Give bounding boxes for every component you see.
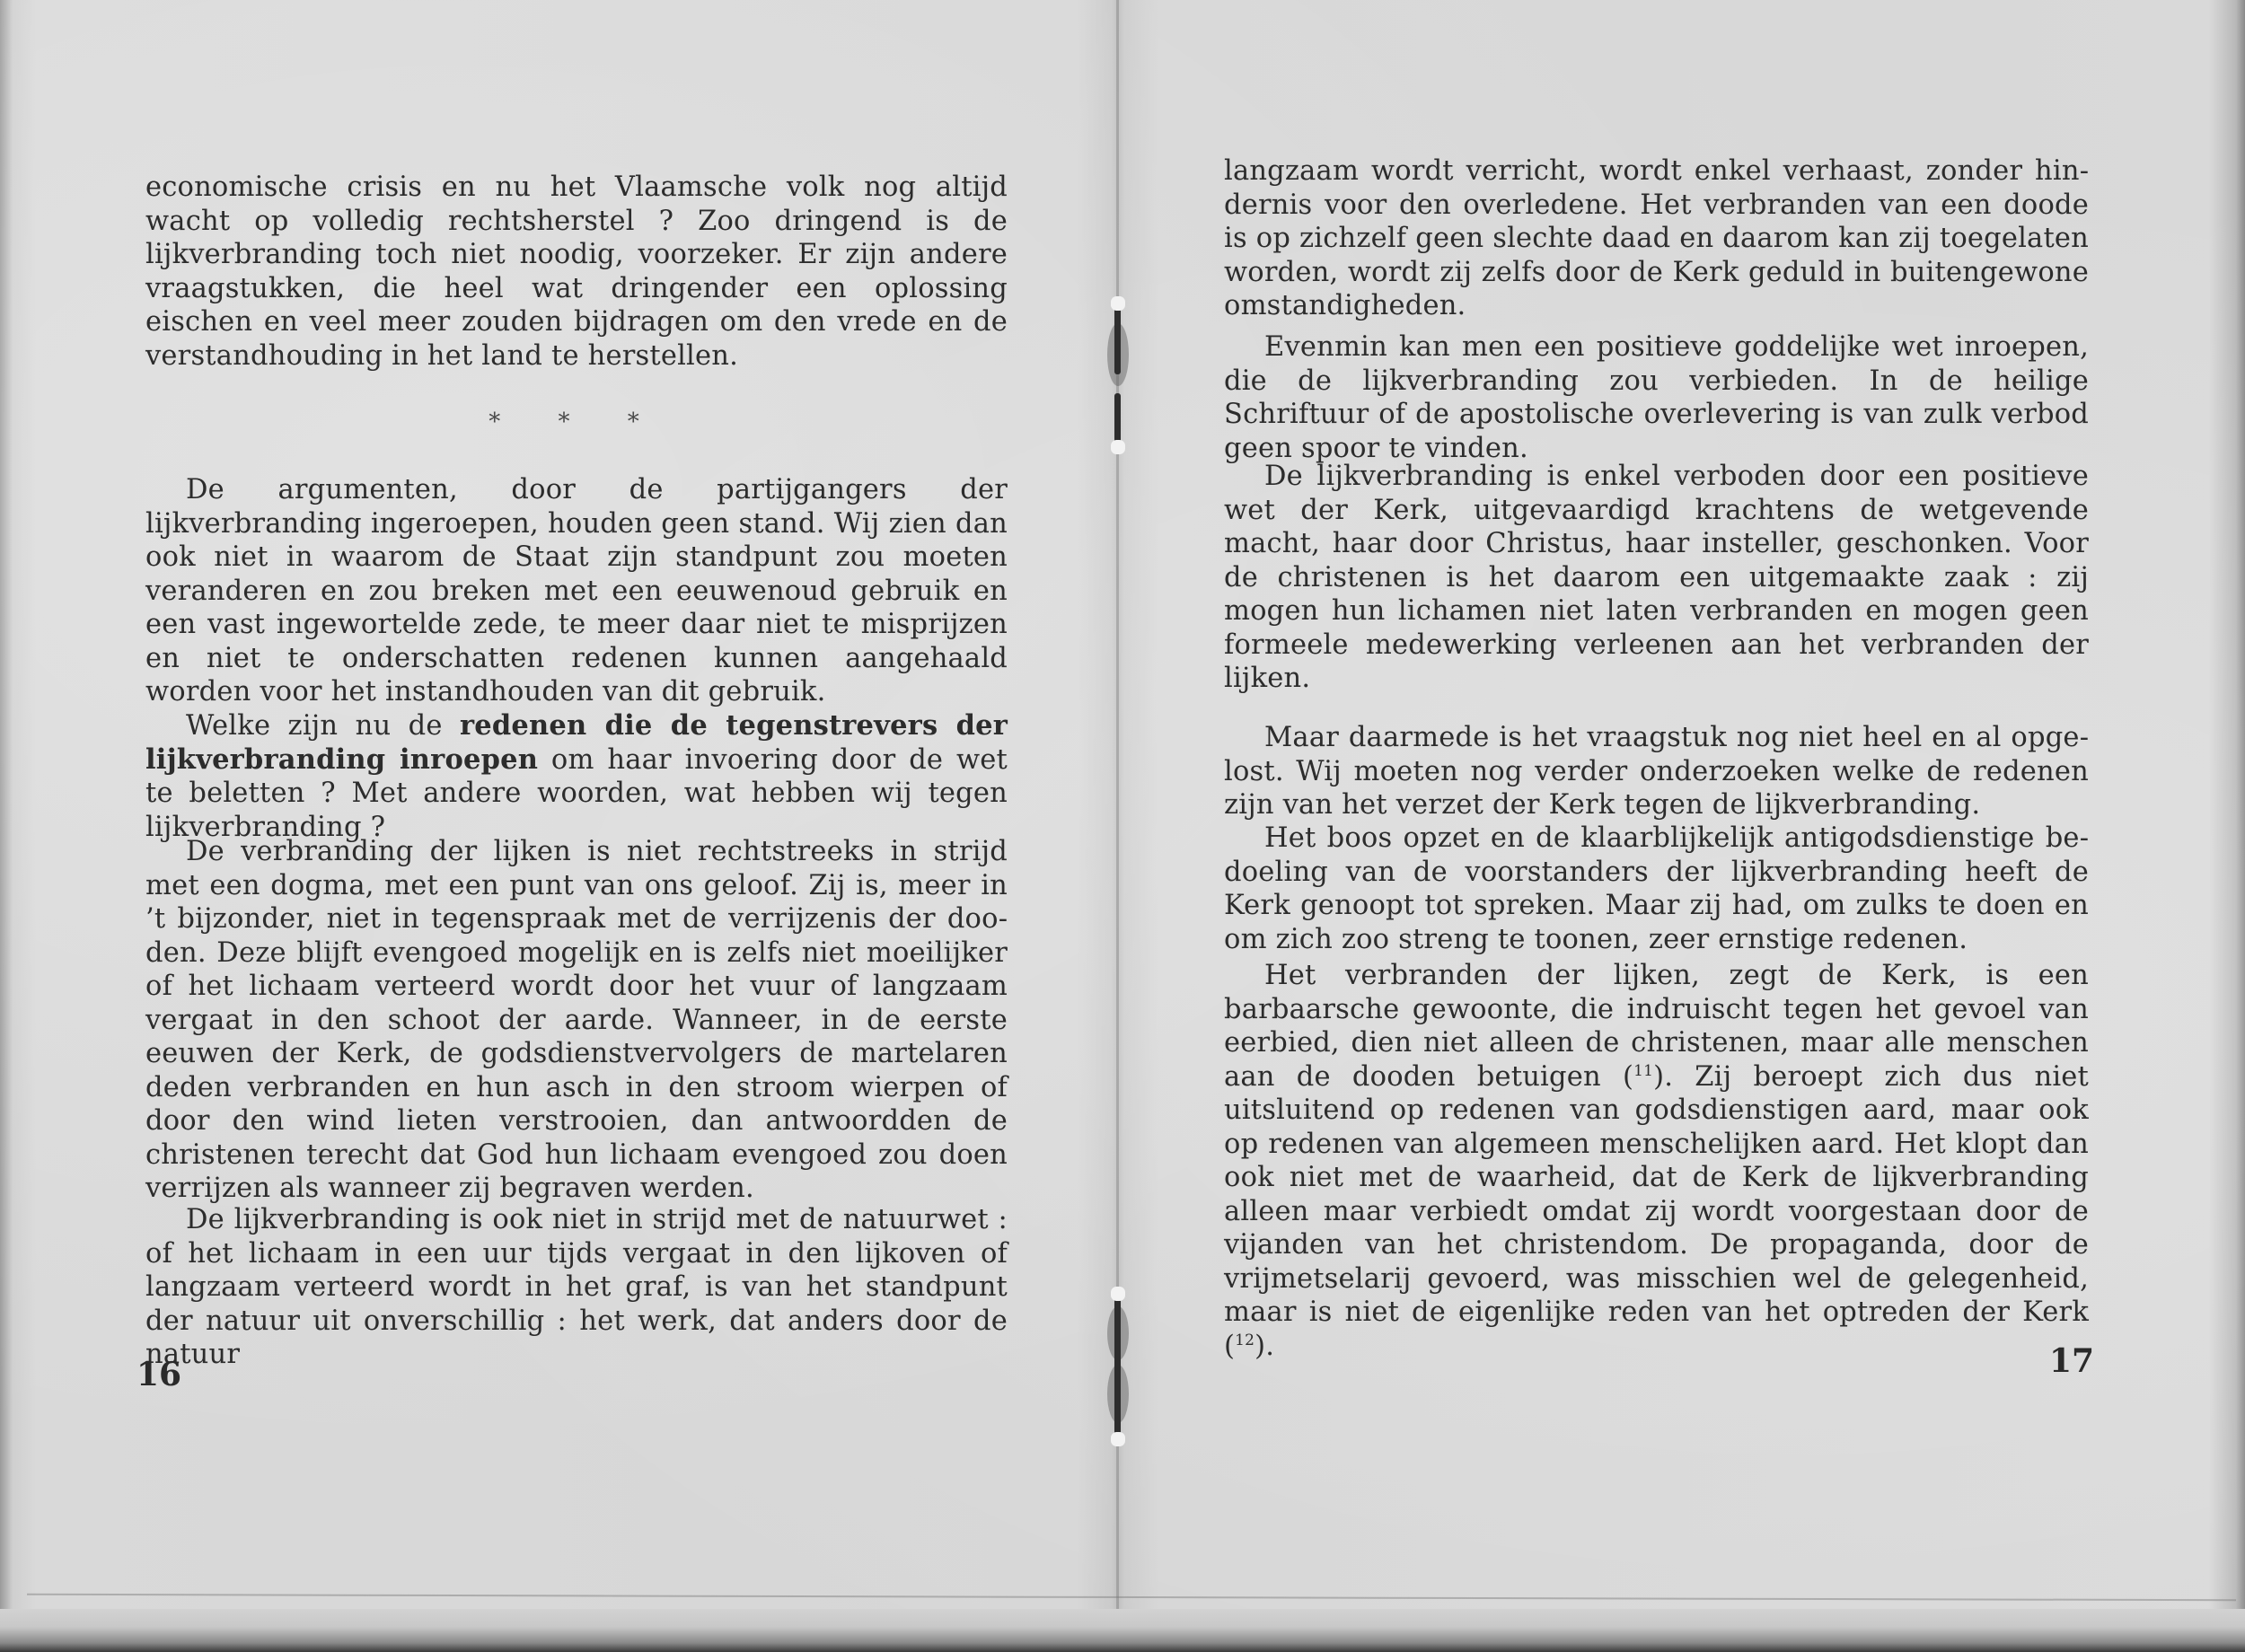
paragraph: De lijkverbranding is enkel verboden doo…: [1224, 460, 2089, 696]
paragraph: De argumenten, door de partijgangers der…: [145, 473, 1008, 709]
paragraph: De lijkverbranding is ook niet in strijd…: [145, 1203, 1008, 1372]
page-number-left: 16: [136, 1356, 181, 1393]
paragraph: langzaam wordt verricht, wordt enkel ver…: [1224, 154, 2089, 323]
page-number-right: 17: [2049, 1342, 2094, 1380]
paragraph-text: Welke zijn nu de: [186, 710, 460, 742]
paragraph: De verbranding der lijken is niet rechts…: [145, 835, 1008, 1206]
paragraph: Het boos opzet en de klaarblijkelijk ant…: [1224, 822, 2089, 956]
footnote-ref-12: 12: [1235, 1331, 1255, 1349]
staple-top: [1100, 296, 1136, 476]
paragraph-text: ).: [1255, 1331, 1274, 1362]
paragraph: Het verbranden der lijken, zegt de Kerk,…: [1224, 959, 2089, 1363]
staple-bottom: [1100, 1279, 1136, 1459]
paragraph: economische crisis en nu het Vlaamsche v…: [145, 171, 1008, 373]
paragraph: Evenmin kan men een positieve goddelijke…: [1224, 330, 2089, 465]
paragraph-text: ). Zij beroept zich dus niet uitsluitend…: [1224, 1061, 2089, 1362]
paragraph: Maar daarmede is het vraagstuk nog niet …: [1224, 721, 2089, 822]
paragraph: Welke zijn nu de redenen die de tegenstr…: [145, 709, 1008, 844]
book-bottom-edge: [0, 1609, 2245, 1652]
footnote-ref-11: 11: [1633, 1061, 1653, 1079]
section-separator: * * *: [145, 409, 1008, 435]
